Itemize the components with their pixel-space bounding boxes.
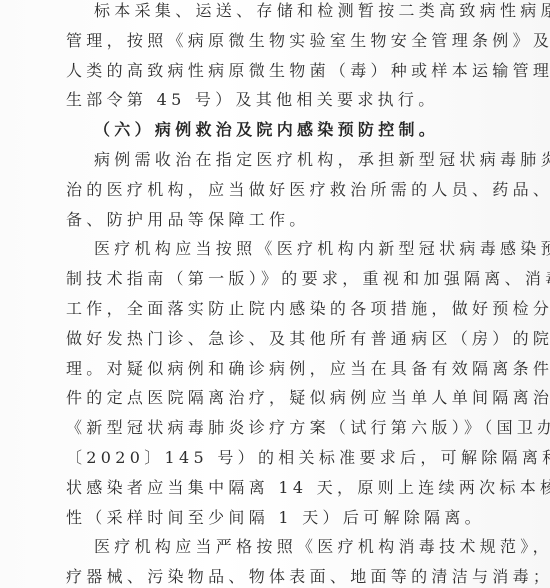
text-line: 管理，按照《病原微生物实验室生物安全管理条例》及《可感染 <box>66 26 480 56</box>
text-line: 性（采样时间至少间隔 1 天）后可解除隔离。 <box>66 503 480 533</box>
text-line: 理。对疑似病例和确诊病例，应当在具备有效隔离条件和防护条 <box>66 354 480 384</box>
paragraph-specimen-management: 标本采集、运送、存储和检测暂按二类高致病性病原微生物 管理，按照《病原微生物实验… <box>66 0 480 115</box>
paragraph-disinfection: 医疗机构应当严格按照《医疗机构消毒技术规范》，做好医 疗器械、污染物品、物体表面… <box>66 532 480 588</box>
text-line: 〔2020〕145 号）的相关标准要求后，可解除隔离和出院。无症 <box>66 443 480 473</box>
text-line: 工作，全面落实防止院内感染的各项措施，做好预检分诊工作， <box>66 294 480 324</box>
text-line: 医疗机构应当按照《医疗机构内新型冠状病毒感染预防与控 <box>66 234 480 264</box>
text-line: 人类的高致病性病原微生物菌（毒）种或样本运输管理规定》（卫 <box>66 56 480 86</box>
text-line: 生部令第 45 号）及其他相关要求执行。 <box>66 85 480 115</box>
text-line: 治的医疗机构，应当做好医疗救治所需的人员、药品、设施、设 <box>66 175 480 205</box>
paragraph-case-treatment: 病例需收治在指定医疗机构，承担新型冠状病毒肺炎病例救 治的医疗机构，应当做好医疗… <box>66 145 480 234</box>
heading-text: （六）病例救治及院内感染预防控制。 <box>66 115 480 145</box>
document-page: 标本采集、运送、存储和检测暂按二类高致病性病原微生物 管理，按照《病原微生物实验… <box>66 0 480 588</box>
text-line: 备、防护用品等保障工作。 <box>66 205 480 235</box>
text-line: 病例需收治在指定医疗机构，承担新型冠状病毒肺炎病例救 <box>66 145 480 175</box>
paragraph-infection-control: 医疗机构应当按照《医疗机构内新型冠状病毒感染预防与控 制技术指南（第一版）》的要… <box>66 234 480 532</box>
text-line: 状感染者应当集中隔离 14 天，原则上连续两次标本核酸检测阴 <box>66 473 480 503</box>
text-line: 制技术指南（第一版）》的要求，重视和加强隔离、消毒和防护 <box>66 264 480 294</box>
text-line: 医疗机构应当严格按照《医疗机构消毒技术规范》，做好医 <box>66 532 480 562</box>
text-line: 件的定点医院隔离治疗，疑似病例应当单人单间隔离治疗，符合 <box>66 383 480 413</box>
text-line: 《新型冠状病毒肺炎诊疗方案（试行第六版）》（国卫办医函 <box>66 413 480 443</box>
section-heading: （六）病例救治及院内感染预防控制。 <box>66 115 480 145</box>
text-line: 做好发热门诊、急诊、及其他所有普通病区（房）的院感控制管 <box>66 324 480 354</box>
text-line: 标本采集、运送、存储和检测暂按二类高致病性病原微生物 <box>66 0 480 26</box>
text-line: 疗器械、污染物品、物体表面、地面等的清洁与消毒；按照《医 <box>66 562 480 588</box>
